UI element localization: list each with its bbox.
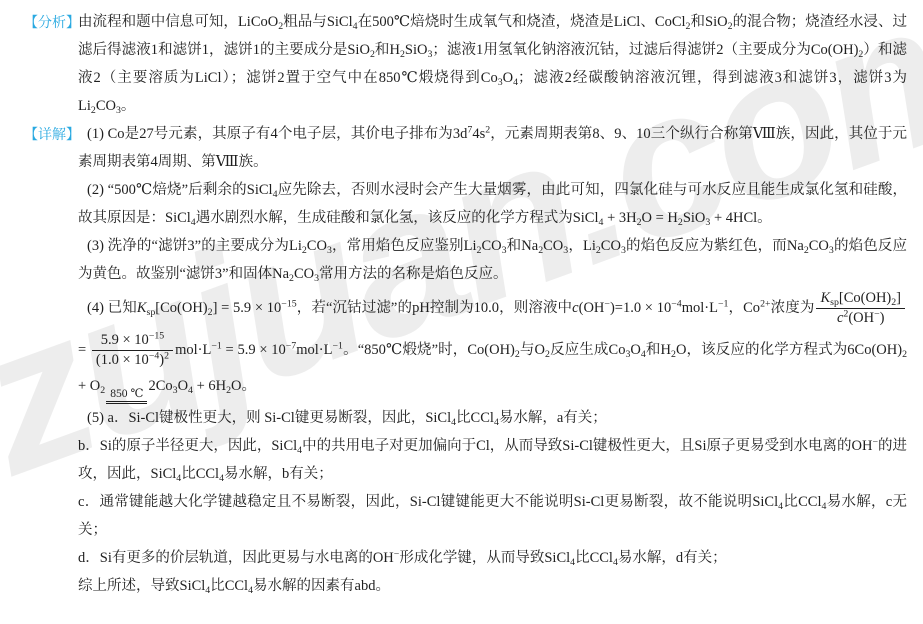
paragraph: c．通常键能越大化学键越稳定且不易断裂，因此，Si-Cl键键能更大不能说明Si-… <box>78 488 907 544</box>
text-run: (5) a．Si-Cl键极性更大，则 Si-Cl键更易断裂，因此，SiCl4比C… <box>87 410 607 426</box>
text-run: 由流程和题中信息可知，LiCoO2粗品与SiCl4在500℃焙烧时生成氧气和烧渣… <box>78 14 907 114</box>
section-label: 【详解】 <box>24 120 80 148</box>
paragraph: d．Si有更多的价层轨道，因此更易与水电离的OH−形成化学键，从而导致SiCl4… <box>78 544 907 572</box>
fraction-expression: Ksp[Co(OH)2]c2(OH−) <box>816 290 905 328</box>
text-run: (1) Co是27号元素，其原子有4个电子层，其价电子排布为3d74s2，元素周… <box>78 126 907 170</box>
reaction-condition: 850 ℃ <box>106 387 147 404</box>
text-run: 2Co3O4 + 6H2O。 <box>148 378 256 394</box>
paragraph: (3) 洗净的“滤饼3”的主要成分为Li2CO3，常用焰色反应鉴别Li2CO3和… <box>78 232 907 288</box>
section-label: 【分析】 <box>24 8 80 36</box>
text-run: 综上所述，导致SiCl4比CCl4易水解的因素有abd。 <box>78 578 390 594</box>
text-run: (4) 已知Ksp[Co(OH)2] = 5.9 × 10−15，若“沉钴过滤”… <box>87 300 814 316</box>
text-run: b．Si的原子半径更大，因此，SiCl4中的共用电子对更加偏向于Cl，从而导致S… <box>78 438 907 482</box>
paragraph: (2) “500℃焙烧”后剩余的SiCl4应先除去，否则水浸时会产生大量烟雾，由… <box>78 176 907 232</box>
text-run: c．通常键能越大化学键越稳定且不易断裂，因此，Si-Cl键键能更大不能说明Si-… <box>78 494 907 538</box>
paragraph-list: 【分析】由流程和题中信息可知，LiCoO2粗品与SiCl4在500℃焙烧时生成氧… <box>78 8 907 600</box>
answer-document-page: zujuan.com 【分析】由流程和题中信息可知，LiCoO2粗品与SiCl4… <box>0 0 923 624</box>
paragraph: 综上所述，导致SiCl4比CCl4易水解的因素有abd。 <box>78 572 907 600</box>
paragraph: (5) a．Si-Cl键极性更大，则 Si-Cl键更易断裂，因此，SiCl4比C… <box>78 404 907 432</box>
paragraph: (4) 已知Ksp[Co(OH)2] = 5.9 × 10−15，若“沉钴过滤”… <box>78 288 907 404</box>
text-run: (3) 洗净的“滤饼3”的主要成分为Li2CO3，常用焰色反应鉴别Li2CO3和… <box>78 238 907 282</box>
answer-document: 【分析】由流程和题中信息可知，LiCoO2粗品与SiCl4在500℃焙烧时生成氧… <box>0 0 923 600</box>
paragraph: 【详解】(1) Co是27号元素，其原子有4个电子层，其价电子排布为3d74s2… <box>78 120 907 176</box>
fraction-expression: 5.9 × 10−15(1.0 × 10−4)2 <box>92 332 173 370</box>
text-run: d．Si有更多的价层轨道，因此更易与水电离的OH−形成化学键，从而导致SiCl4… <box>78 550 727 566</box>
paragraph: 【分析】由流程和题中信息可知，LiCoO2粗品与SiCl4在500℃焙烧时生成氧… <box>78 8 907 120</box>
text-run: (2) “500℃焙烧”后剩余的SiCl4应先除去，否则水浸时会产生大量烟雾，由… <box>78 182 907 226</box>
paragraph: b．Si的原子半径更大，因此，SiCl4中的共用电子对更加偏向于Cl，从而导致S… <box>78 432 907 488</box>
text-run: = <box>78 342 90 358</box>
